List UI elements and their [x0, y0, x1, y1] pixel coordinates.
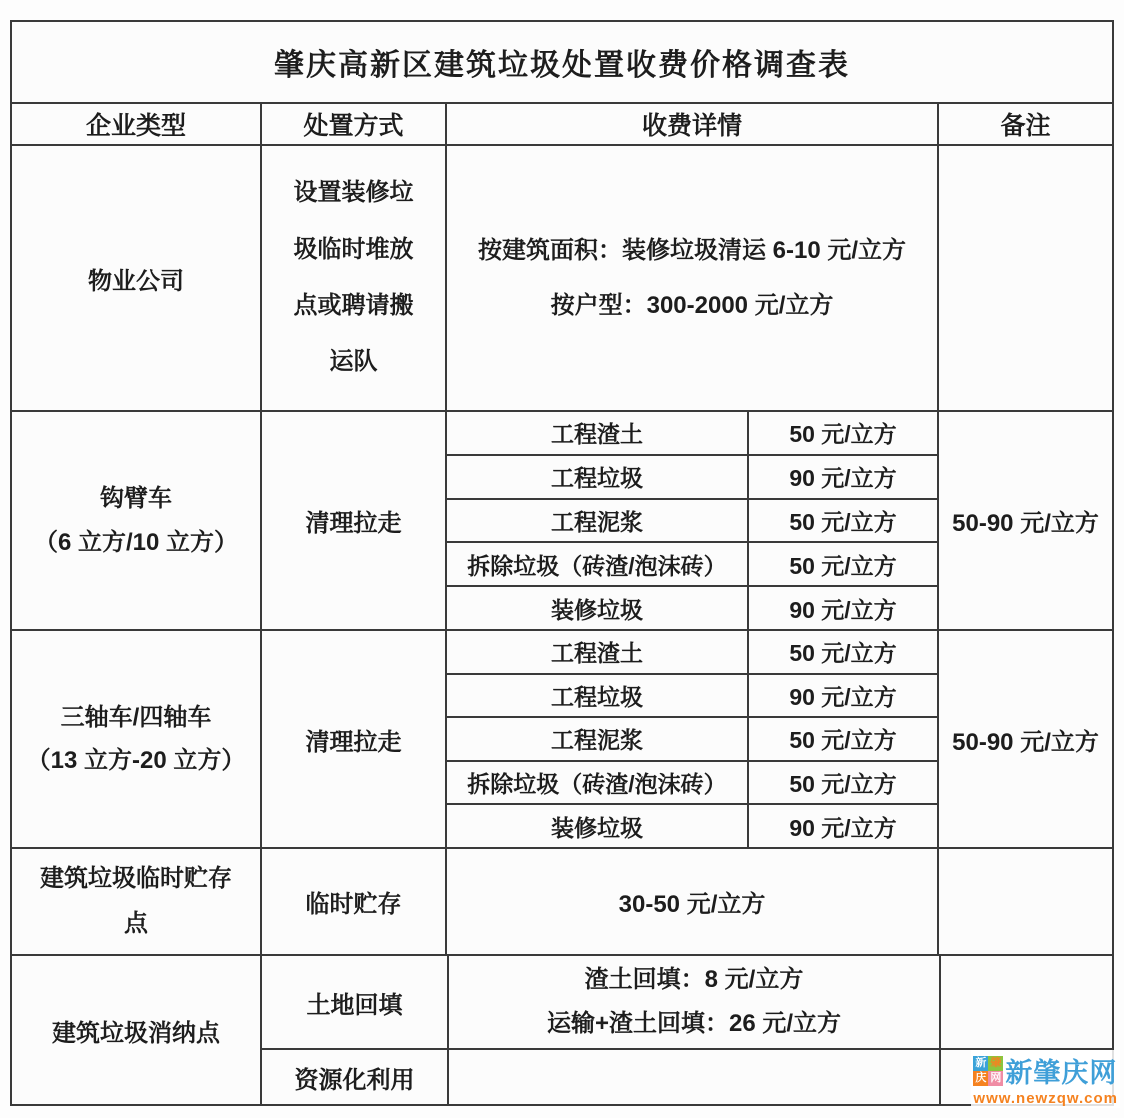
- fee-item-price: 90 元/立方: [747, 805, 937, 847]
- fee-item-price: 50 元/立方: [747, 631, 937, 673]
- fee-subrow: 工程垃圾 90 元/立方: [447, 673, 937, 717]
- fee-item-name: 工程垃圾: [447, 675, 747, 717]
- property-company-name: 物业公司: [12, 146, 260, 410]
- header-remarks: 备注: [937, 104, 1112, 144]
- scanned-document-page: 肇庆高新区建筑垃圾处置收费价格调查表 企业类型 处置方式 收费详情 备注 物业公…: [0, 0, 1124, 1118]
- hook-arm-note-cell: 50-90 元/立方: [937, 412, 1112, 629]
- fee-item-name: 装修垃圾: [447, 805, 747, 847]
- fee-subrow: 工程渣土 50 元/立方: [447, 631, 937, 673]
- disposal-landfill-fee-cell: 渣土回填：8 元/立方 运输+渣土回填：26 元/立方: [447, 956, 939, 1048]
- fee-subrow: 工程泥浆 50 元/立方: [447, 498, 937, 542]
- logo-tile-4-icon: 网: [988, 1071, 1003, 1086]
- fee-subrow: 工程渣土 50 元/立方: [447, 412, 937, 454]
- disposal-recycling-fee-cell: [447, 1050, 939, 1104]
- hook-arm-fee-subtable: 工程渣土 50 元/立方 工程垃圾 90 元/立方 工程泥浆 50 元/立方 拆…: [445, 412, 937, 629]
- fee-item-price: 90 元/立方: [747, 587, 937, 629]
- fee-subrow: 工程泥浆 50 元/立方: [447, 716, 937, 760]
- table-row-hook-arm-truck: 钩臂车 （6 立方/10 立方） 清理拉走 工程渣土 50 元/立方 工程垃圾 …: [12, 410, 1112, 629]
- table-row-axle-truck: 三轴车/四轴车 （13 立方-20 立方） 清理拉走 工程渣土 50 元/立方 …: [12, 629, 1112, 847]
- property-method-text: 设置装修垃圾临时堆放点或聘请搬运队: [288, 165, 420, 391]
- header-company-type: 企业类型: [12, 104, 260, 144]
- temp-storage-company-cell: 建筑垃圾临时贮存点: [12, 849, 260, 954]
- fee-item-name: 工程垃圾: [447, 456, 747, 498]
- fee-subrow: 拆除垃圾（砖渣/泡沫砖） 50 元/立方: [447, 541, 937, 585]
- fee-item-name: 工程渣土: [447, 412, 747, 454]
- axle-truck-method-cell: 清理拉走: [260, 631, 445, 847]
- temp-storage-method-cell: 临时贮存: [260, 849, 445, 954]
- table-title-row: 肇庆高新区建筑垃圾处置收费价格调查表: [12, 22, 1112, 102]
- axle-truck-company-line-2: （13 立方-20 立方）: [27, 739, 246, 782]
- header-disposal-method: 处置方式: [260, 104, 445, 144]
- disposal-landfill-method: 土地回填: [262, 956, 447, 1048]
- fee-subrow: 拆除垃圾（砖渣/泡沫砖） 50 元/立方: [447, 760, 937, 804]
- fee-subrow: 装修垃圾 90 元/立方: [447, 585, 937, 629]
- axle-truck-note-cell: 50-90 元/立方: [937, 631, 1112, 847]
- table-row-temp-storage: 建筑垃圾临时贮存点 临时贮存 30-50 元/立方: [12, 847, 1112, 954]
- table-title: 肇庆高新区建筑垃圾处置收费价格调查表: [274, 40, 850, 84]
- property-method-cell: 设置装修垃圾临时堆放点或聘请搬运队: [260, 146, 445, 410]
- fee-item-name: 拆除垃圾（砖渣/泡沫砖）: [447, 543, 747, 585]
- watermark-site-name: 新肇庆网: [1005, 1051, 1117, 1090]
- disposal-landfill-fee-line-1: 渣土回填：8 元/立方: [585, 958, 804, 1002]
- disposal-landfill-note-cell: [939, 956, 1112, 1048]
- fee-item-name: 工程泥浆: [447, 500, 747, 542]
- fee-item-price: 50 元/立方: [747, 412, 937, 454]
- watermark-site-url: www.newzqw.com: [973, 1090, 1118, 1107]
- logo-tile-2-icon: 肇: [988, 1056, 1003, 1071]
- hook-arm-company-cell: 钩臂车 （6 立方/10 立方）: [12, 412, 260, 629]
- fee-item-name: 工程泥浆: [447, 718, 747, 760]
- fee-item-price: 90 元/立方: [747, 675, 937, 717]
- table-row-disposal-point: 建筑垃圾消纳点 土地回填 渣土回填：8 元/立方 运输+渣土回填：26 元/立方…: [12, 954, 1112, 1104]
- fee-item-price: 50 元/立方: [747, 762, 937, 804]
- site-watermark: 新 肇 庆 网 新肇庆网 www.newzqw.com: [971, 1050, 1120, 1108]
- disposal-landfill-fee-line-2: 运输+渣土回填：26 元/立方: [547, 1002, 841, 1046]
- property-note-cell: [937, 146, 1112, 410]
- fee-item-name: 拆除垃圾（砖渣/泡沫砖）: [447, 762, 747, 804]
- header-fee-details: 收费详情: [445, 104, 937, 144]
- disposal-recycling-method: 资源化利用: [262, 1050, 447, 1104]
- fee-item-name: 工程渣土: [447, 631, 747, 673]
- fee-item-price: 50 元/立方: [747, 543, 937, 585]
- axle-truck-company-line-1: 三轴车/四轴车: [61, 696, 212, 739]
- logo-tile-1-icon: 新: [973, 1056, 988, 1071]
- property-fee-cell: 按建筑面积：装修垃圾清运 6-10 元/立方 按户型：300-2000 元/立方: [445, 146, 937, 410]
- newzqw-logo-icon: 新 肇 庆 网: [973, 1056, 1003, 1086]
- hook-arm-company-line-2: （6 立方/10 立方）: [34, 521, 238, 564]
- temp-storage-company-text: 建筑垃圾临时贮存点: [34, 857, 239, 946]
- table-header-row: 企业类型 处置方式 收费详情 备注: [12, 102, 1112, 144]
- axle-truck-company-cell: 三轴车/四轴车 （13 立方-20 立方）: [12, 631, 260, 847]
- logo-tile-3-icon: 庆: [973, 1071, 988, 1086]
- temp-storage-fee-cell: 30-50 元/立方: [445, 849, 937, 954]
- temp-storage-note-cell: [937, 849, 1112, 954]
- fee-item-price: 50 元/立方: [747, 500, 937, 542]
- fee-item-price: 50 元/立方: [747, 718, 937, 760]
- axle-truck-fee-subtable: 工程渣土 50 元/立方 工程垃圾 90 元/立方 工程泥浆 50 元/立方 拆…: [445, 631, 937, 847]
- hook-arm-company-line-1: 钩臂车: [100, 477, 172, 520]
- price-survey-table: 肇庆高新区建筑垃圾处置收费价格调查表 企业类型 处置方式 收费详情 备注 物业公…: [10, 20, 1114, 1106]
- fee-item-name: 装修垃圾: [447, 587, 747, 629]
- fee-subrow: 工程垃圾 90 元/立方: [447, 454, 937, 498]
- hook-arm-method-cell: 清理拉走: [260, 412, 445, 629]
- disposal-company-cell: 建筑垃圾消纳点: [12, 956, 260, 1104]
- disposal-subrow-landfill: 土地回填 渣土回填：8 元/立方 运输+渣土回填：26 元/立方: [262, 956, 1112, 1048]
- fee-item-price: 90 元/立方: [747, 456, 937, 498]
- watermark-top-row: 新 肇 庆 网 新肇庆网: [973, 1051, 1117, 1090]
- property-fee-line-1: 按建筑面积：装修垃圾清运 6-10 元/立方: [478, 223, 906, 278]
- property-fee-line-2: 按户型：300-2000 元/立方: [551, 278, 834, 333]
- table-row-property-company: 物业公司 设置装修垃圾临时堆放点或聘请搬运队 按建筑面积：装修垃圾清运 6-10…: [12, 144, 1112, 410]
- fee-subrow: 装修垃圾 90 元/立方: [447, 803, 937, 847]
